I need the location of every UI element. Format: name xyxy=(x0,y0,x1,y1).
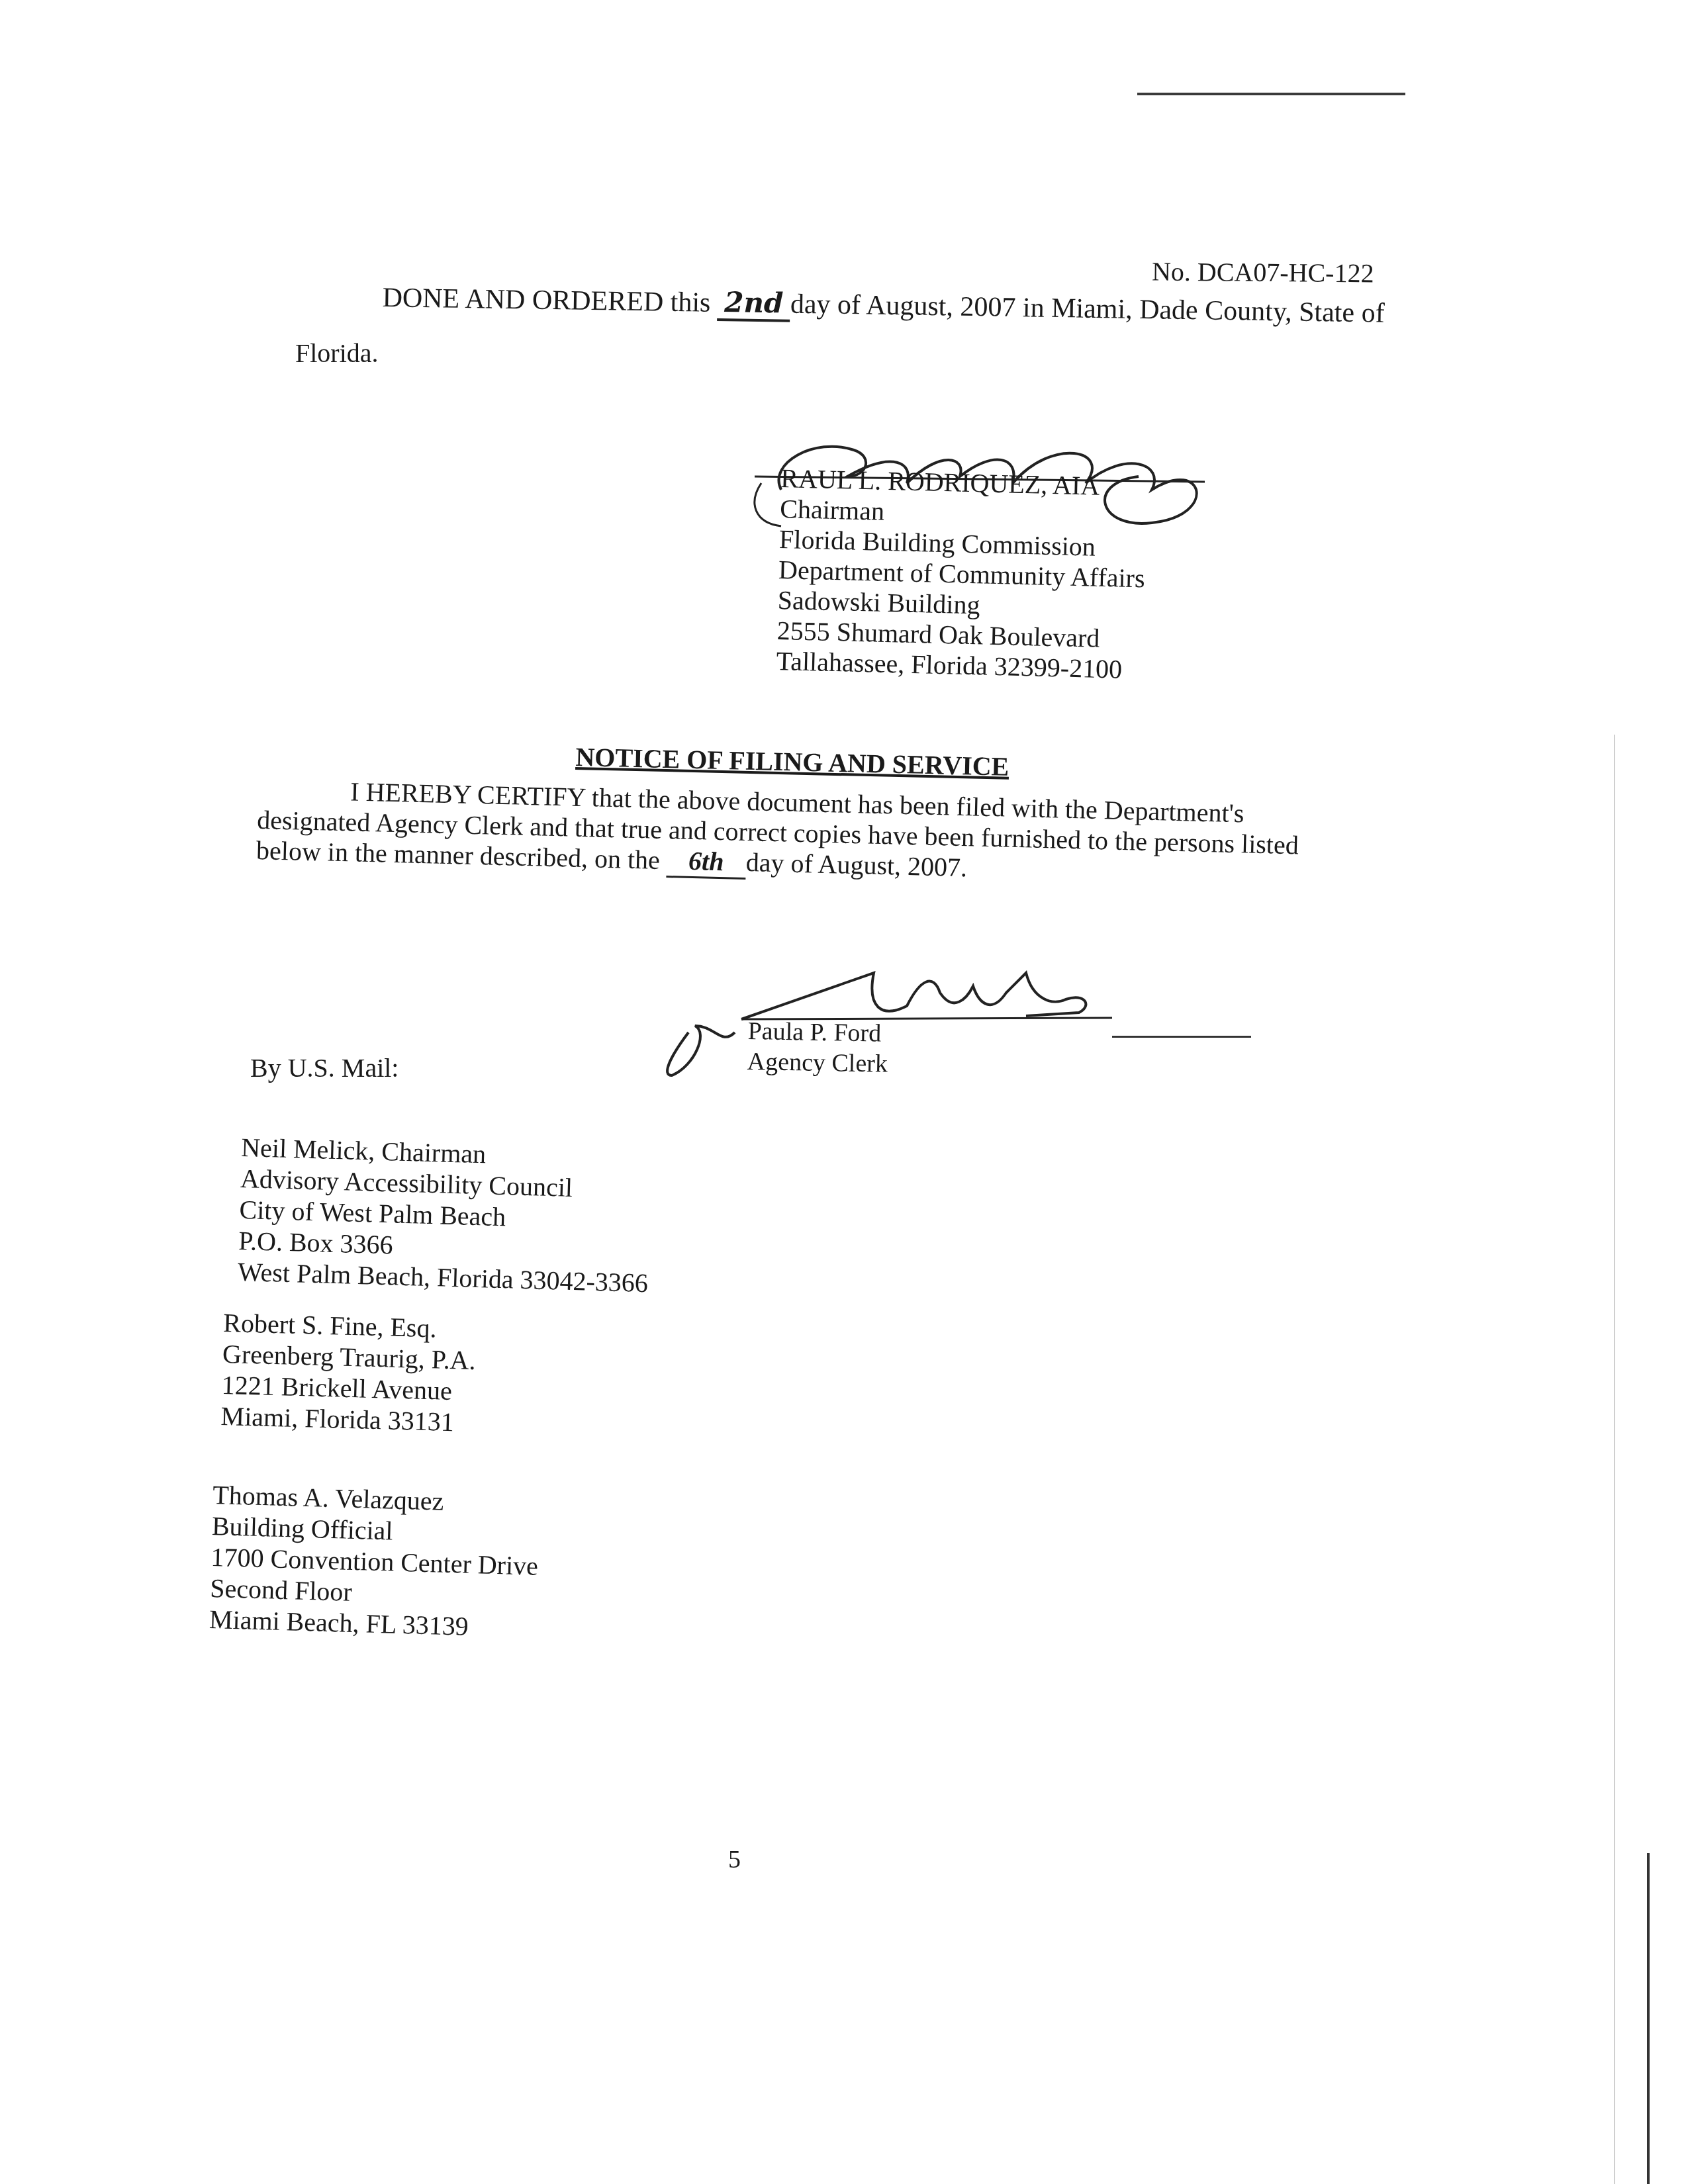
service-method: By U.S. Mail: xyxy=(250,1052,399,1083)
notice-title: NOTICE OF FILING AND SERVICE xyxy=(575,741,1009,782)
certification-paragraph: I HEREBY CERTIFY that the above document… xyxy=(256,774,1350,894)
order-continuation: Florida. xyxy=(295,338,379,369)
scan-edge-line xyxy=(1614,735,1615,2184)
handwritten-service-day: 6th xyxy=(666,845,746,880)
clerk-signature-line xyxy=(1112,1036,1251,1038)
docket-number: No. DCA07-HC-122 xyxy=(1152,256,1374,289)
recipient-city: Miami, Florida 33131 xyxy=(220,1400,475,1438)
recipient-address: Robert S. Fine, Esq. Greenberg Traurig, … xyxy=(220,1307,477,1438)
clerk-signature-block: Paula P. Ford Agency Clerk xyxy=(747,1016,888,1079)
chairman-signature-block: RAUL L. RODRIQUEZ, AIA Chairman Florida … xyxy=(776,463,1147,685)
scan-edge-line xyxy=(1647,1853,1650,2184)
page-number: 5 xyxy=(728,1845,741,1874)
order-statement: DONE AND ORDERED this 2ndday of August, … xyxy=(382,281,1385,332)
recipient-address: Neil Melick, Chairman Advisory Accessibi… xyxy=(237,1132,651,1298)
order-prefix: DONE AND ORDERED this xyxy=(382,283,711,318)
certify-line-3-suffix: day of August, 2007. xyxy=(745,847,967,882)
clerk-title: Agency Clerk xyxy=(747,1046,888,1079)
header-rule xyxy=(1137,93,1405,95)
recipient-address: Thomas A. Velazquez Building Official 17… xyxy=(209,1479,540,1644)
handwritten-day: 2nd xyxy=(717,286,790,322)
order-suffix: day of August, 2007 in Miami, Dade Count… xyxy=(790,289,1384,329)
clerk-name: Paula P. Ford xyxy=(747,1016,888,1049)
